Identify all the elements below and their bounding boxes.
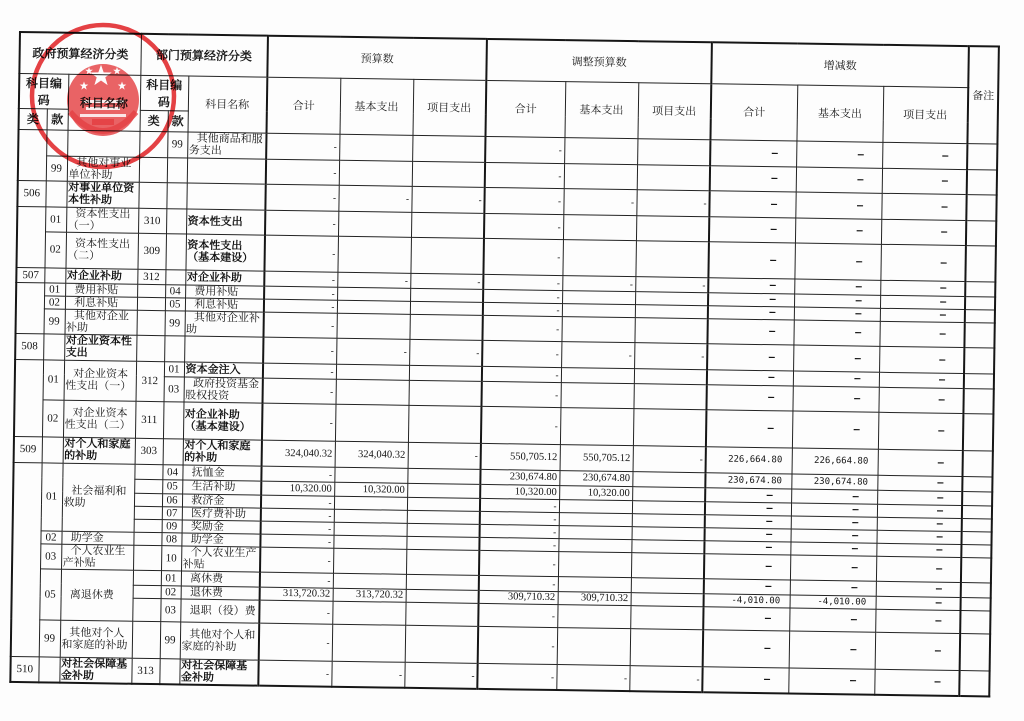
adjusted-basic-cell — [560, 407, 634, 445]
change-basic-cell: – — [792, 411, 879, 449]
adjusted-basic-cell — [558, 551, 631, 577]
adjusted-basic-cell — [563, 214, 636, 240]
change-basic-cell: – — [793, 320, 879, 346]
budget-basic-cell: 10,320.00 — [334, 482, 407, 497]
gov-item-cell: 02 — [40, 530, 61, 543]
dept-name-cell: 其他对企业补助 — [185, 310, 264, 336]
change-project-cell: – — [880, 244, 966, 281]
change-basic-cell: – — [791, 503, 877, 517]
gov-item-cell: 02 — [44, 231, 66, 267]
adjusted-basic-cell: - — [562, 275, 635, 291]
budget-total-cell: - — [261, 466, 334, 482]
budget-project-cell: - — [410, 273, 483, 289]
dept-item-cell: 02 — [161, 585, 181, 598]
adjusted-project-header: 项目支出 — [638, 82, 712, 139]
gov-item-cell: 05 — [39, 568, 61, 619]
change-total-cell: – — [704, 540, 790, 554]
budget-project-cell — [409, 380, 482, 406]
adjusted-basic-cell — [561, 382, 634, 408]
budget-amount-header: 预算数 — [267, 36, 487, 80]
budget-basic-cell — [335, 404, 409, 442]
dept-item-cell: 04 — [165, 284, 185, 297]
change-project-cell: – — [877, 475, 962, 491]
budget-project-cell — [407, 483, 480, 498]
budget-total-cell: - — [259, 623, 333, 661]
change-total-cell: 230,674.80 — [705, 472, 791, 488]
budget-total-cell: - — [264, 271, 337, 287]
scanned-document-page: 政府预算经济分类 部门预算经济分类 预算数 调整预算数 增减数 备注 科目编码 … — [0, 0, 1024, 721]
remarks-cell — [965, 296, 995, 309]
dept-name-cell — [184, 335, 263, 362]
dept-item-cell: 09 — [162, 519, 182, 532]
budget-basic-cell — [334, 509, 407, 523]
change-basic-cell: – — [793, 386, 879, 412]
dept-class-cell — [138, 182, 166, 208]
dept-item-cell: 06 — [162, 493, 182, 506]
gov-item-cell: 99 — [39, 619, 61, 656]
budget-project-cell — [406, 589, 479, 603]
gov-item-cell: 02 — [44, 295, 65, 308]
adjusted-project-cell — [632, 500, 705, 514]
change-project-cell: – — [879, 387, 964, 413]
change-basic-cell: – — [791, 529, 877, 543]
gov-name-cell: 其他对企业补助 — [65, 309, 137, 335]
dept-class-cell — [133, 545, 161, 570]
table-body: 99其他商品和服务支出--–––99其他对事业单位补助--–––506对事业单位… — [10, 129, 997, 696]
change-total-cell: – — [707, 343, 793, 370]
budget-total-cell: - — [260, 534, 333, 548]
adjusted-project-cell — [632, 486, 705, 501]
change-total-cell: – — [705, 514, 791, 528]
adjusted-project-cell — [631, 552, 704, 578]
change-basic-header: 基本支出 — [797, 85, 884, 142]
dept-item-header: 款 — [168, 110, 188, 131]
dept-name-cell: 对企业补助（基本建设） — [183, 401, 263, 439]
dept-item-cell — [159, 658, 179, 684]
adjusted-basic-cell — [559, 499, 632, 513]
change-project-cell: – — [875, 609, 960, 633]
change-project-cell: – — [876, 543, 961, 557]
dept-subject-code-header: 科目编码 — [140, 75, 189, 111]
dept-item-cell: 99 — [167, 131, 187, 157]
dept-item-cell: 07 — [162, 506, 182, 519]
remarks-header: 备注 — [968, 46, 999, 143]
change-total-cell: – — [703, 629, 790, 667]
budget-project-cell — [406, 549, 479, 575]
budget-project-cell — [407, 510, 480, 524]
dept-class-cell: 310 — [138, 208, 166, 233]
change-basic-cell: – — [793, 345, 879, 372]
gov-class-cell — [16, 282, 45, 333]
adjusted-total-cell: - — [484, 238, 564, 275]
change-basic-cell: – — [794, 279, 880, 295]
budget-project-cell — [410, 288, 483, 302]
gov-class-cell: 509 — [14, 436, 42, 462]
dept-class-cell — [134, 464, 162, 479]
budget-basic-cell: 324,040.32 — [335, 441, 408, 468]
budget-basic-cell — [333, 548, 406, 574]
change-total-cell: – — [703, 606, 789, 630]
adjusted-total-cell: - — [480, 511, 559, 525]
adjusted-project-cell — [634, 368, 707, 384]
gov-item-cell — [46, 129, 67, 155]
gov-subject-name-header: 科目名称 — [68, 74, 141, 131]
dept-class-cell — [137, 297, 165, 310]
change-total-header: 合计 — [711, 83, 798, 140]
adjusted-total-cell: 10,320.00 — [480, 484, 559, 499]
remarks-cell — [966, 220, 996, 245]
budget-total-cell: - — [263, 363, 336, 379]
budget-total-cell: - — [265, 210, 338, 236]
change-total-cell: – — [710, 139, 796, 166]
change-total-cell: – — [709, 216, 795, 242]
adjusted-project-cell — [631, 592, 704, 606]
adjusted-total-cell: - — [479, 537, 558, 551]
remarks-cell — [965, 281, 995, 296]
change-project-cell: – — [881, 219, 966, 245]
dept-class-cell: 312 — [136, 361, 165, 401]
gov-class-cell: 510 — [10, 656, 38, 682]
dept-item-cell: 10 — [161, 545, 181, 570]
remarks-cell — [960, 633, 991, 670]
gov-item-cell — [43, 333, 64, 359]
adjusted-project-cell — [636, 215, 709, 241]
budget-total-cell: - — [260, 572, 333, 588]
adjusted-total-cell: - — [480, 524, 559, 538]
dept-name-cell: 退休费 — [181, 585, 260, 599]
budget-project-cell — [405, 602, 478, 626]
budget-basic-cell: - — [337, 272, 410, 288]
gov-item-cell: 03 — [40, 543, 61, 568]
adjusted-basic-cell — [558, 538, 631, 552]
remarks-cell — [963, 413, 994, 450]
budget-total-cell: 313,720.32 — [260, 587, 333, 601]
gov-name-cell: 其他对个人和家庭的补助 — [60, 620, 133, 658]
remarks-cell — [962, 505, 992, 518]
budget-basic-cell — [338, 211, 411, 237]
gov-name-cell: 对企业资本性支出 — [64, 334, 136, 361]
dept-class-cell: 313 — [131, 658, 159, 684]
dept-class-cell: 311 — [135, 401, 164, 438]
adjusted-total-cell: - — [484, 213, 563, 239]
gov-name-cell: 对企业资本性支出（一） — [64, 360, 137, 401]
change-project-cell: – — [880, 280, 965, 296]
gov-name-cell: 对社会保障基金补助 — [59, 657, 131, 684]
budget-basic-cell: - — [338, 185, 411, 212]
adjusted-total-cell: - — [479, 550, 558, 576]
change-basic-cell: – — [790, 555, 876, 581]
budget-basic-cell — [336, 379, 409, 405]
gov-name-cell: 对事业单位资本性补助 — [66, 181, 138, 208]
adjusted-total-cell: - — [478, 626, 558, 664]
remarks-cell — [966, 194, 996, 220]
remarks-cell — [967, 143, 997, 169]
budget-project-cell — [407, 468, 480, 484]
change-project-cell: – — [875, 632, 961, 670]
dept-name-cell: 生活补助 — [182, 479, 261, 494]
change-total-cell: – — [708, 241, 795, 278]
gov-name-cell: 费用补贴 — [65, 283, 137, 297]
budget-total-cell: - — [260, 547, 333, 573]
dept-name-cell: 对企业补助 — [185, 269, 264, 285]
change-total-cell: 226,664.80 — [706, 446, 792, 473]
dept-item-cell: 99 — [165, 310, 185, 335]
change-total-cell: – — [704, 553, 790, 579]
adjusted-project-cell — [630, 605, 703, 629]
adjusted-project-cell — [635, 291, 708, 305]
dept-item-cell — [163, 438, 183, 464]
remarks-cell — [964, 347, 994, 373]
adjusted-basic-cell — [561, 367, 634, 383]
dept-item-cell: 08 — [161, 532, 181, 545]
budget-total-cell: 10,320.00 — [261, 481, 334, 496]
change-total-cell: – — [704, 578, 790, 594]
change-project-cell: – — [879, 346, 964, 373]
budget-total-cell: - — [264, 312, 337, 338]
adjusted-basic-cell — [562, 290, 635, 304]
remarks-cell — [963, 450, 993, 476]
adjusted-basic-header: 基本支出 — [565, 81, 639, 138]
change-project-cell: – — [880, 308, 965, 322]
budget-total-header: 合计 — [267, 77, 341, 134]
gov-class-cell: 508 — [15, 333, 43, 359]
dept-economic-class-header: 部门预算经济分类 — [140, 34, 268, 77]
gov-name-cell: 资本性支出（二） — [65, 232, 138, 269]
change-amount-header: 增减数 — [711, 42, 969, 87]
remarks-cell — [961, 582, 991, 597]
dept-name-cell: 离休费 — [181, 570, 260, 586]
change-total-cell: – — [707, 384, 793, 410]
gov-item-cell: 01 — [43, 359, 65, 399]
dept-class-cell — [134, 506, 162, 519]
change-basic-cell: – — [789, 630, 876, 668]
adjusted-project-cell — [635, 240, 709, 277]
change-basic-cell: – — [788, 667, 874, 694]
budget-total-cell: - — [266, 159, 339, 185]
gov-name-cell: 社会福利和救助 — [62, 463, 135, 532]
gov-name-cell: 离退休费 — [60, 569, 133, 621]
remarks-cell — [965, 309, 995, 322]
remarks-cell — [959, 670, 989, 696]
dept-item-cell — [164, 335, 184, 361]
budget-project-cell — [411, 212, 484, 238]
change-basic-cell: -4,010.00 — [790, 594, 876, 608]
budget-project-cell — [412, 135, 485, 162]
change-project-cell: – — [876, 581, 961, 597]
budget-basic-cell — [333, 573, 406, 589]
dept-item-cell — [166, 208, 186, 233]
change-total-cell: – — [705, 501, 791, 515]
gov-item-cell: 02 — [42, 399, 64, 436]
budget-project-cell — [409, 365, 482, 381]
budget-total-cell: - — [263, 337, 336, 364]
adjusted-total-cell: - — [483, 302, 562, 316]
change-project-cell: – — [874, 669, 959, 696]
change-basic-cell: – — [790, 542, 876, 556]
budget-project-cell — [406, 536, 479, 550]
gov-class-cell — [14, 359, 43, 436]
change-basic-cell: – — [793, 371, 879, 387]
dept-class-cell: 303 — [135, 438, 163, 464]
budget-project-header: 项目支出 — [413, 79, 487, 136]
change-basic-cell: – — [790, 579, 876, 595]
gov-item-cell — [42, 436, 63, 462]
gov-name-cell: 助学金 — [61, 531, 133, 545]
dept-class-cell — [139, 131, 167, 157]
change-basic-cell: – — [795, 192, 881, 219]
remarks-cell — [960, 610, 990, 633]
adjusted-basic-cell — [559, 512, 632, 526]
adjusted-basic-cell — [564, 137, 637, 164]
adjusted-total-cell: - — [482, 340, 561, 367]
dept-name-cell: 资本性支出 — [186, 209, 265, 235]
dept-item-cell: 03 — [160, 598, 180, 621]
dept-name-cell — [186, 183, 265, 210]
adjusted-project-cell — [632, 526, 705, 540]
change-total-cell: – — [706, 409, 793, 447]
change-project-cell: – — [877, 517, 962, 531]
change-total-cell: – — [710, 165, 796, 191]
budget-basic-cell — [337, 300, 410, 314]
change-basic-cell: – — [794, 307, 880, 321]
change-total-cell: – — [705, 527, 791, 541]
change-project-cell: – — [876, 556, 961, 582]
adjusted-project-cell: - — [635, 276, 708, 292]
gov-economic-class-header: 政府预算经济分类 — [19, 32, 141, 75]
adjusted-total-cell: - — [479, 575, 558, 591]
adjusted-total-cell: - — [480, 498, 559, 512]
adjusted-total-cell: - — [483, 274, 562, 290]
adjusted-total-cell: - — [485, 136, 564, 163]
dept-item-cell — [165, 233, 186, 269]
change-total-cell: – — [707, 369, 793, 385]
budget-table-container: 政府预算经济分类 部门预算经济分类 预算数 调整预算数 增减数 备注 科目编码 … — [9, 31, 1000, 697]
dept-item-cell: 05 — [165, 297, 185, 310]
adjusted-total-cell: - — [477, 663, 556, 690]
remarks-cell — [961, 544, 991, 557]
adjusted-budget-header: 调整预算数 — [486, 39, 712, 83]
budget-basic-header: 基本支出 — [340, 78, 414, 135]
change-project-header: 项目支出 — [883, 86, 969, 143]
gov-name-cell: 对企业资本性支出（二） — [63, 400, 136, 438]
adjusted-basic-cell: - — [563, 188, 636, 215]
change-basic-cell: – — [789, 607, 875, 631]
change-project-cell: – — [877, 490, 962, 505]
adjusted-project-cell — [637, 138, 710, 165]
change-total-cell: – — [705, 487, 791, 502]
budget-basic-cell — [339, 134, 412, 161]
change-basic-cell: – — [794, 294, 880, 308]
adjusted-total-header: 合计 — [486, 80, 566, 137]
dept-name-cell: 个人农业生产补贴 — [181, 545, 260, 571]
dept-name-cell: 退职（役）费 — [180, 598, 259, 622]
dept-item-cell: 99 — [160, 621, 181, 658]
budget-total-cell: 324,040.32 — [262, 440, 335, 467]
remarks-cell — [962, 518, 992, 531]
adjusted-project-cell — [635, 304, 708, 318]
change-basic-cell: – — [794, 243, 881, 280]
adjusted-basic-cell: - — [561, 341, 634, 368]
adjusted-project-cell: - — [629, 665, 702, 692]
change-project-cell: – — [882, 142, 967, 169]
gov-item-cell: 01 — [41, 462, 63, 530]
adjusted-basic-cell — [557, 604, 630, 628]
remarks-cell — [964, 373, 994, 388]
adjusted-basic-cell: 550,705.12 — [560, 444, 633, 471]
dept-class-cell — [132, 621, 161, 658]
change-project-cell: – — [879, 321, 964, 347]
budget-total-cell: - — [262, 403, 336, 441]
budget-project-cell — [407, 497, 480, 511]
change-total-cell: – — [708, 277, 794, 293]
dept-name-cell: 救济金 — [182, 493, 261, 507]
dept-item-cell — [167, 157, 187, 182]
budget-project-cell — [408, 405, 482, 443]
remarks-cell — [964, 388, 994, 413]
change-total-cell: – — [709, 190, 795, 217]
remarks-cell — [961, 597, 991, 610]
budget-basic-cell — [334, 522, 407, 536]
adjusted-basic-cell — [564, 163, 637, 189]
adjusted-project-cell: - — [636, 189, 709, 216]
gov-name-cell: 个人农业生产补贴 — [61, 544, 133, 570]
remarks-cell — [965, 322, 995, 347]
change-project-cell: – — [878, 412, 964, 450]
adjusted-basic-cell: 309,710.32 — [558, 591, 631, 605]
adjusted-total-cell: - — [485, 162, 564, 188]
budget-total-cell: - — [265, 184, 338, 211]
budget-adjustment-table: 政府预算经济分类 部门预算经济分类 预算数 调整预算数 增减数 备注 科目编码 … — [9, 31, 1000, 697]
budget-basic-cell: - — [336, 338, 409, 365]
dept-class-cell — [134, 479, 162, 493]
budget-basic-cell — [339, 160, 412, 186]
change-basic-cell: – — [795, 218, 881, 244]
dept-name-cell: 政府投资基金股权投资 — [184, 376, 263, 402]
change-project-cell: – — [882, 168, 967, 194]
remarks-cell — [962, 531, 992, 544]
budget-project-cell: - — [409, 339, 482, 366]
change-project-cell: – — [876, 596, 961, 610]
budget-total-cell: - — [261, 495, 334, 509]
budget-basic-cell — [337, 313, 410, 339]
dept-item-cell — [163, 401, 184, 438]
change-basic-cell: 230,674.80 — [791, 474, 877, 490]
adjusted-total-cell: - — [481, 406, 561, 444]
gov-item-cell — [45, 180, 66, 206]
dept-class-cell — [139, 157, 167, 182]
budget-total-cell: - — [263, 378, 336, 404]
budget-basic-cell: - — [331, 661, 404, 688]
change-basic-cell: – — [791, 516, 877, 530]
budget-project-cell: - — [408, 442, 481, 469]
adjusted-project-cell — [632, 471, 705, 487]
gov-item-cell — [44, 267, 65, 282]
change-total-cell: – — [702, 666, 788, 693]
dept-name-cell: 抚恤金 — [182, 464, 261, 480]
dept-item-cell — [166, 182, 186, 208]
dept-class-cell: 312 — [137, 269, 165, 284]
change-total-cell: -4,010.00 — [704, 593, 790, 607]
dept-name-cell: 资本金注入 — [184, 361, 263, 377]
adjusted-total-cell: 309,710.32 — [479, 590, 558, 604]
dept-name-cell: 其他商品和服务支出 — [187, 132, 266, 159]
adjusted-basic-cell — [563, 239, 637, 276]
dept-class-cell — [133, 532, 161, 545]
dept-class-cell — [136, 335, 164, 361]
dept-class-cell — [137, 284, 165, 297]
gov-item-cell: 01 — [44, 282, 65, 295]
gov-subject-code-header: 科目编码 — [19, 73, 69, 109]
